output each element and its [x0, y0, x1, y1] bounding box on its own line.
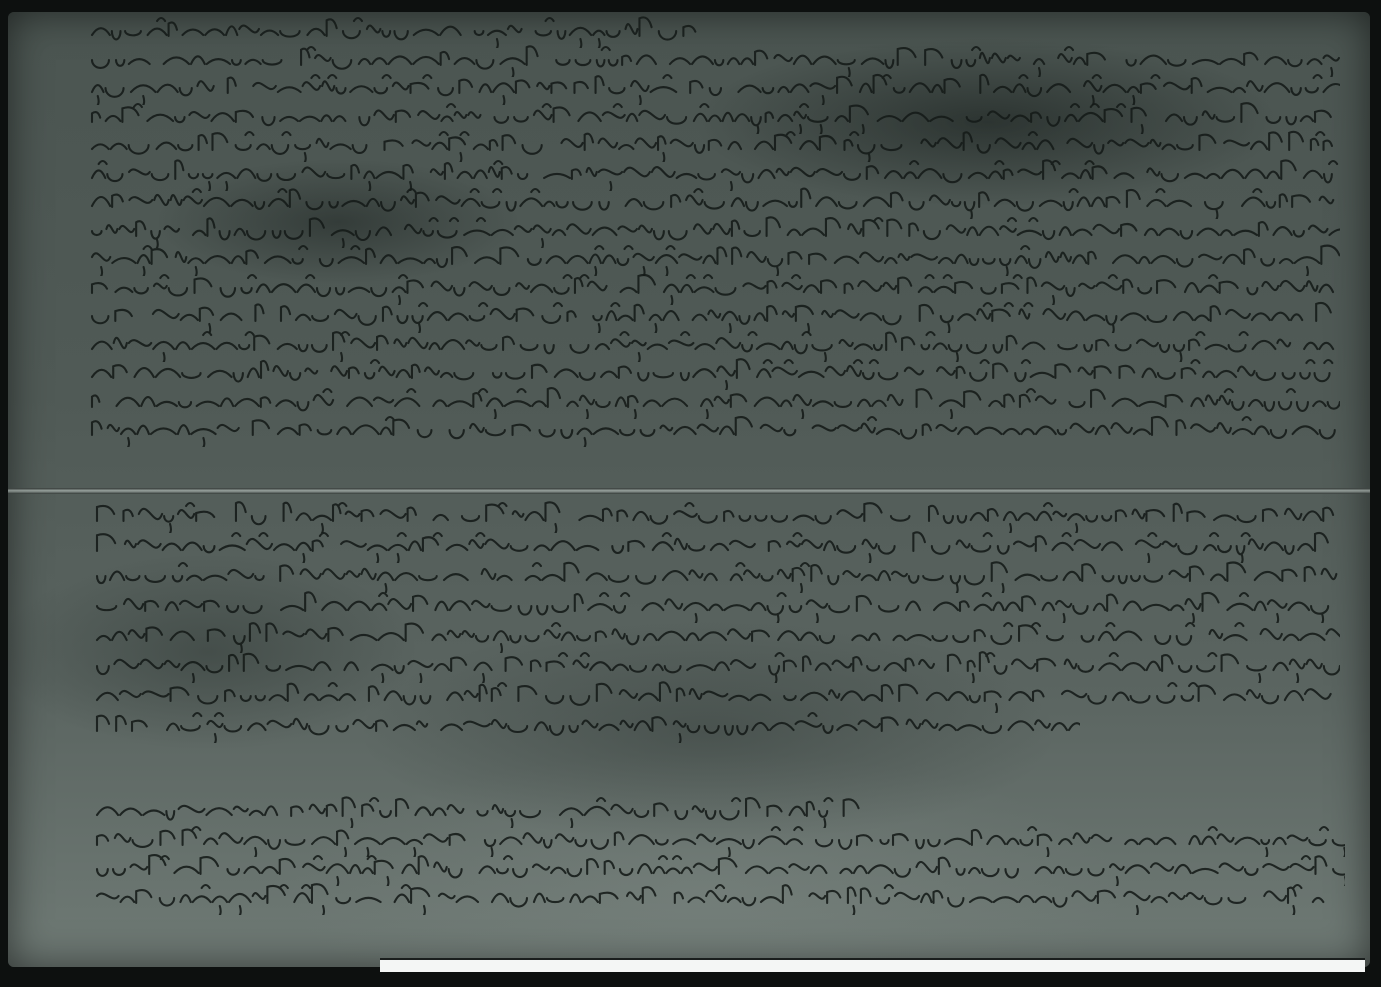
manuscript-line: line 4 — [95, 881, 1345, 915]
white-backing-strip — [380, 958, 1365, 972]
manuscript-line: line 8 " — [95, 709, 1080, 743]
paper-fold-crease — [8, 488, 1370, 494]
manuscript-line: line 6 — [95, 649, 1340, 683]
manuscript-line: line 5 — [95, 619, 1340, 653]
manuscript-line: line 7 — [95, 679, 1340, 713]
manuscript-line: line 15 — [90, 413, 1340, 447]
manuscript-line: line 4 — [95, 589, 1340, 623]
manuscript-line: line 1 — [95, 499, 1340, 533]
manuscript-line: line 2 — [95, 529, 1340, 563]
manuscript-line: line 3 — [95, 559, 1340, 593]
